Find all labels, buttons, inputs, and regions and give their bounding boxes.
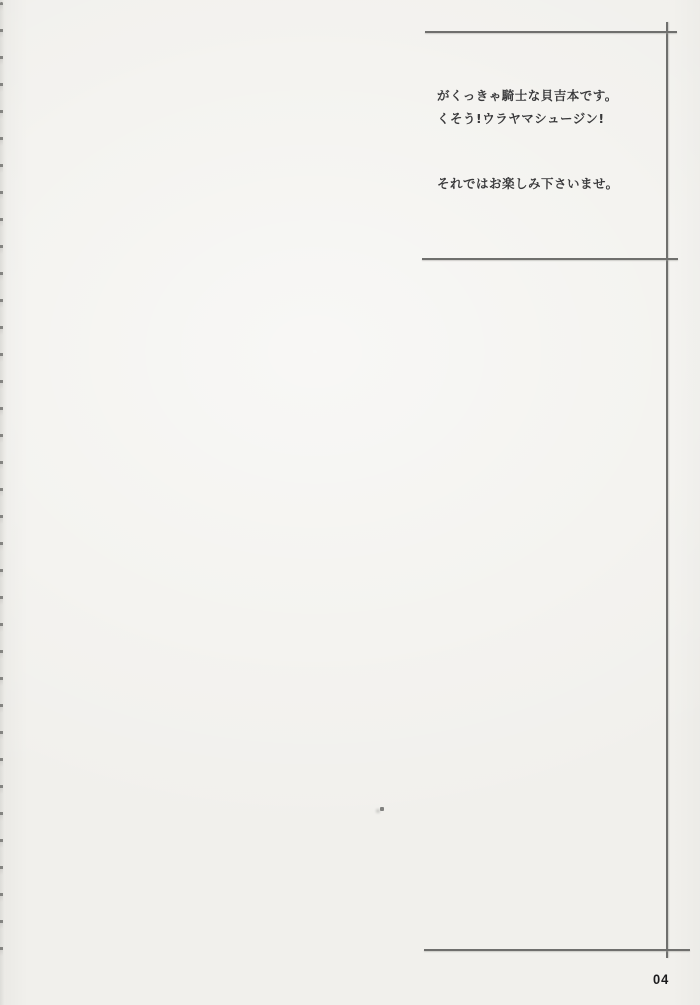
intro-note: がくっきゃ騎士な貝吉本です。 くそう!ウラヤマシュージン! bbox=[437, 84, 618, 130]
binding-edge bbox=[0, 0, 7, 1005]
closing-note: それではお楽しみ下さいませ。 bbox=[437, 172, 619, 195]
intro-note-line2: くそう!ウラヤマシュージン! bbox=[437, 107, 618, 130]
dust-speck bbox=[380, 807, 384, 811]
bottom-horizontal-rule bbox=[424, 949, 690, 951]
right-vertical-rule bbox=[666, 22, 668, 958]
top-horizontal-rule bbox=[425, 31, 677, 33]
page-number: 04 bbox=[653, 971, 669, 987]
middle-horizontal-rule bbox=[422, 258, 678, 260]
scanned-page-background bbox=[0, 0, 700, 1005]
intro-note-line1: がくっきゃ騎士な貝吉本です。 bbox=[437, 84, 618, 107]
